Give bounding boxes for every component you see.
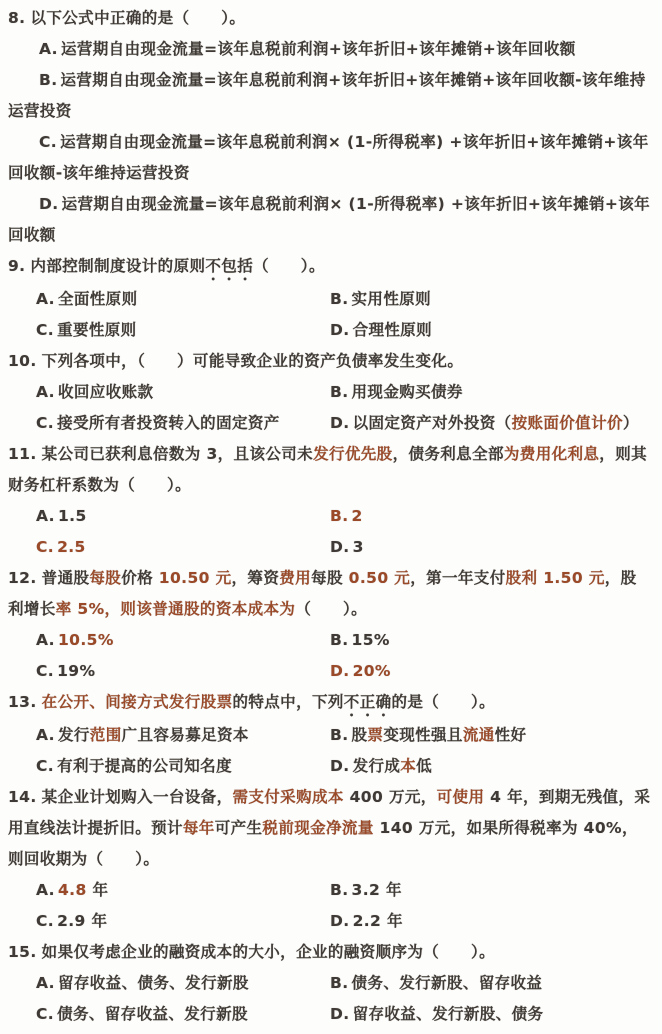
exam-page: 8.以下公式中正确的是（ ）。A.运营期自由现金流量=该年息税前利润+该年折旧+…: [0, 0, 662, 1034]
option-label: C.: [36, 321, 54, 339]
text-run: 债务、留存收益、发行新股: [57, 1005, 248, 1023]
text-run: 合理性原则: [353, 321, 433, 339]
text-run: （ ）。: [295, 600, 367, 618]
question-stem: 15.如果仅考虑企业的融资成本的大小，企业的融资顺序为（ ）。: [8, 937, 652, 968]
question-stem: 8.以下公式中正确的是（ ）。: [8, 3, 652, 34]
text-run: 运营期自由现金流量=该年息税前利润× (1-所得税率) +该年折旧+该年摊销+该…: [8, 195, 650, 244]
option: B.实用性原则: [330, 284, 652, 315]
text-run: 年: [87, 881, 109, 899]
text-run: 4.8: [58, 881, 87, 899]
question-number: 13.: [8, 693, 37, 711]
option: B.运营期自由现金流量=该年息税前利润+该年折旧+该年摊销+该年回收额-该年维持…: [8, 65, 652, 127]
question-stem: 9.内部控制制度设计的原则不包括（ ）。: [8, 251, 652, 284]
options: A.收回应收账款B.用现金购买债券C.接受所有者投资转入的固定资产D.以固定资产…: [8, 377, 652, 439]
option: D.20%: [330, 656, 652, 687]
text-run: 按账面价值计价: [512, 414, 623, 432]
option: A.全面性原则: [8, 284, 330, 315]
option-label: D.: [39, 195, 59, 213]
option: C.19%: [8, 656, 330, 687]
text-run: 3: [353, 538, 364, 556]
text-run: 20%: [353, 662, 391, 680]
text-run: 需支付采购成本: [232, 788, 343, 806]
options: A.留存收益、债务、发行新股B.债务、发行新股、留存收益C.债务、留存收益、发行…: [8, 968, 652, 1030]
text-run: 2: [352, 507, 363, 525]
text-run: 广且容易募足资本: [122, 726, 249, 744]
question-stem: 10.下列各项中，（ ）可能导致企业的资产负债率发生变化。: [8, 346, 652, 377]
text-run: 票: [367, 726, 383, 744]
option: A.1.5: [8, 501, 330, 532]
option-label: A.: [36, 290, 55, 308]
question: 15.如果仅考虑企业的融资成本的大小，企业的融资顺序为（ ）。A.留存收益、债务…: [8, 937, 652, 1030]
text-run: 2.5: [57, 538, 86, 556]
text-run: 的特点中，下列: [232, 693, 343, 711]
text-run: ）: [623, 414, 639, 432]
question-list: 8.以下公式中正确的是（ ）。A.运营期自由现金流量=该年息税前利润+该年折旧+…: [8, 3, 652, 1030]
option: D.以固定资产对外投资（按账面价值计价）: [330, 408, 652, 439]
text-run: 普通股: [42, 569, 90, 587]
option-label: A.: [36, 383, 55, 401]
option-label: D.: [330, 321, 350, 339]
text-run: 400 万元，: [344, 788, 437, 806]
option-label: D.: [330, 912, 350, 930]
text-run: 流通: [463, 726, 495, 744]
option: D.留存收益、发行新股、债务: [330, 999, 652, 1030]
option: C.2.9 年: [8, 906, 330, 937]
options: A.全面性原则B.实用性原则C.重要性原则D.合理性原则: [8, 284, 652, 346]
option-label: C.: [36, 757, 54, 775]
text-run: 某公司已获利息倍数为 3，且该公司未: [42, 445, 313, 463]
text-run: 率 5%，则该普通股的资本成本为: [56, 600, 296, 618]
text-run: 某企业计划购入一台设备，: [42, 788, 233, 806]
text-run: 可使用: [437, 788, 485, 806]
text-run: 收回应收账款: [58, 383, 153, 401]
option: B.2: [330, 501, 652, 532]
option-label: B.: [330, 290, 349, 308]
text-run: 债务、发行新股、留存收益: [352, 974, 543, 992]
option-label: D.: [330, 662, 350, 680]
option: C.接受所有者投资转入的固定资产: [8, 408, 330, 439]
text-run: 税前现金净流量: [262, 819, 373, 837]
option-label: B.: [330, 631, 349, 649]
option-label: D.: [330, 414, 350, 432]
option-label: D.: [330, 1005, 350, 1023]
option: B.债务、发行新股、留存收益: [330, 968, 652, 999]
text-run: 的是（ ）。: [392, 693, 496, 711]
question-number: 12.: [8, 569, 37, 587]
option-label: A.: [36, 507, 55, 525]
option-label: B.: [330, 383, 349, 401]
text-run: 性好: [495, 726, 527, 744]
text-run: 用现金购买债券: [352, 383, 463, 401]
option: C.有利于提高的公司知名度: [8, 751, 330, 782]
text-run: 0.50 元: [349, 569, 411, 587]
question: 11.某公司已获利息倍数为 3，且该公司未发行优先股，债务利息全部为费用化利息，…: [8, 439, 652, 563]
question-number: 10.: [8, 352, 37, 370]
text-run: 每股: [311, 569, 349, 587]
option: B.15%: [330, 625, 652, 656]
option: C.2.5: [8, 532, 330, 563]
option-label: D.: [330, 538, 350, 556]
text-run: 为费用化利息: [504, 445, 599, 463]
option-label: C.: [39, 133, 57, 151]
text-run: 以固定资产对外投资（: [353, 414, 512, 432]
option-label: A.: [39, 40, 58, 58]
option-label: D.: [330, 757, 350, 775]
option-label: A.: [36, 726, 55, 744]
option: D.合理性原则: [330, 315, 652, 346]
text-run: 3.2 年: [352, 881, 402, 899]
text-run: 发行优先股: [313, 445, 393, 463]
text-run: 如果仅考虑企业的融资成本的大小，企业的融资顺序为（ ）。: [42, 943, 495, 961]
option-label: C.: [36, 912, 54, 930]
text-run: 接受所有者投资转入的固定资产: [57, 414, 280, 432]
text-run: 股利 1.50 元: [506, 569, 605, 587]
option: D.3: [330, 532, 652, 563]
options: A.1.5B.2C.2.5D.3: [8, 501, 652, 563]
text-run: 发行成: [353, 757, 401, 775]
option-label: A.: [36, 631, 55, 649]
text-run: 低: [416, 757, 432, 775]
text-run: 留存收益、债务、发行新股: [58, 974, 249, 992]
question: 14.某企业计划购入一台设备，需支付采购成本 400 万元，可使用 4 年，到期…: [8, 782, 652, 937]
text-run: 1.5: [58, 507, 87, 525]
text-run: 变现性强且: [383, 726, 463, 744]
text-run: 价格: [121, 569, 159, 587]
text-run: 15%: [352, 631, 390, 649]
option: A.10.5%: [8, 625, 330, 656]
option-label: C.: [36, 414, 54, 432]
text-run: 可产生: [215, 819, 263, 837]
question-number: 15.: [8, 943, 37, 961]
option-label: C.: [36, 1005, 54, 1023]
option-label: C.: [36, 538, 54, 556]
text-run: 全面性原则: [58, 290, 138, 308]
text-run: 股: [352, 726, 368, 744]
text-run: 以下公式中正确的是（ ）。: [30, 9, 245, 27]
option-label: B.: [330, 974, 349, 992]
text-run: 在公开、间接方式发行股票: [42, 693, 233, 711]
text-run: 费用: [279, 569, 311, 587]
option-label: B.: [330, 881, 349, 899]
option: C.债务、留存收益、发行新股: [8, 999, 330, 1030]
option-label: A.: [36, 974, 55, 992]
option-label: B.: [330, 507, 349, 525]
text-run: ，筹资: [232, 569, 280, 587]
text-run: 实用性原则: [352, 290, 432, 308]
question-stem: 11.某公司已获利息倍数为 3，且该公司未发行优先股，债务利息全部为费用化利息，…: [8, 439, 652, 501]
option: A.发行范围广且容易募足资本: [8, 720, 330, 751]
option: A.4.8 年: [8, 875, 330, 906]
text-run: 每股: [89, 569, 121, 587]
text-run: ，债务利息全部: [393, 445, 504, 463]
text-run: 下列各项中，（ ）可能导致企业的资产负债率发生变化。: [42, 352, 464, 370]
option: B.用现金购买债券: [330, 377, 652, 408]
option-label: A.: [36, 881, 55, 899]
question: 10.下列各项中，（ ）可能导致企业的资产负债率发生变化。A.收回应收账款B.用…: [8, 346, 652, 439]
option: A.运营期自由现金流量=该年息税前利润+该年折旧+该年摊销+该年回收额: [8, 34, 652, 65]
option: C.运营期自由现金流量=该年息税前利润× (1-所得税率) +该年折旧+该年摊销…: [8, 127, 652, 189]
text-run: 发行: [58, 726, 90, 744]
question-number: 11.: [8, 445, 37, 463]
text-run: 不包括: [205, 257, 253, 275]
option-label: B.: [39, 71, 58, 89]
text-run: 2.2 年: [353, 912, 403, 930]
question: 13.在公开、间接方式发行股票的特点中，下列不正确的是（ ）。A.发行范围广且容…: [8, 687, 652, 782]
option: D.2.2 年: [330, 906, 652, 937]
option: B.3.2 年: [330, 875, 652, 906]
option: C.重要性原则: [8, 315, 330, 346]
options: A.4.8 年B.3.2 年C.2.9 年D.2.2 年: [8, 875, 652, 937]
options: A.10.5%B.15%C.19%D.20%: [8, 625, 652, 687]
question: 12.普通股每股价格 10.50 元，筹资费用每股 0.50 元，第一年支付股利…: [8, 563, 652, 687]
text-run: 运营期自由现金流量=该年息税前利润+该年折旧+该年摊销+该年回收额: [61, 40, 576, 58]
text-run: 不正确: [344, 693, 392, 711]
option: B.股票变现性强且流通性好: [330, 720, 652, 751]
question: 8.以下公式中正确的是（ ）。A.运营期自由现金流量=该年息税前利润+该年折旧+…: [8, 3, 652, 251]
text-run: 重要性原则: [57, 321, 137, 339]
option: A.留存收益、债务、发行新股: [8, 968, 330, 999]
text-run: 范围: [90, 726, 122, 744]
option-label: B.: [330, 726, 349, 744]
option: D.运营期自由现金流量=该年息税前利润× (1-所得税率) +该年折旧+该年摊销…: [8, 189, 652, 251]
option: D.发行成本低: [330, 751, 652, 782]
text-run: 19%: [57, 662, 95, 680]
options: A.运营期自由现金流量=该年息税前利润+该年折旧+该年摊销+该年回收额B.运营期…: [8, 34, 652, 251]
option-label: C.: [36, 662, 54, 680]
text-run: 每年: [183, 819, 215, 837]
text-run: 运营期自由现金流量=该年息税前利润× (1-所得税率) +该年折旧+该年摊销+该…: [8, 133, 649, 182]
question-number: 14.: [8, 788, 37, 806]
question-number: 9.: [8, 257, 25, 275]
text-run: 本: [400, 757, 416, 775]
text-run: （ ）。: [253, 257, 325, 275]
text-run: 2.9 年: [57, 912, 107, 930]
question: 9.内部控制制度设计的原则不包括（ ）。A.全面性原则B.实用性原则C.重要性原…: [8, 251, 652, 346]
text-run: 10.50 元: [159, 569, 232, 587]
question-number: 8.: [8, 9, 25, 27]
text-run: 留存收益、发行新股、债务: [353, 1005, 544, 1023]
text-run: 10.5%: [58, 631, 114, 649]
text-run: 内部控制制度设计的原则: [30, 257, 205, 275]
options: A.发行范围广且容易募足资本B.股票变现性强且流通性好C.有利于提高的公司知名度…: [8, 720, 652, 782]
option: A.收回应收账款: [8, 377, 330, 408]
question-stem: 14.某企业计划购入一台设备，需支付采购成本 400 万元，可使用 4 年，到期…: [8, 782, 652, 875]
question-stem: 12.普通股每股价格 10.50 元，筹资费用每股 0.50 元，第一年支付股利…: [8, 563, 652, 625]
text-run: 有利于提高的公司知名度: [57, 757, 232, 775]
question-stem: 13.在公开、间接方式发行股票的特点中，下列不正确的是（ ）。: [8, 687, 652, 720]
text-run: 运营期自由现金流量=该年息税前利润+该年折旧+该年摊销+该年回收额-该年维持运营…: [8, 71, 646, 120]
text-run: ，第一年支付: [410, 569, 505, 587]
